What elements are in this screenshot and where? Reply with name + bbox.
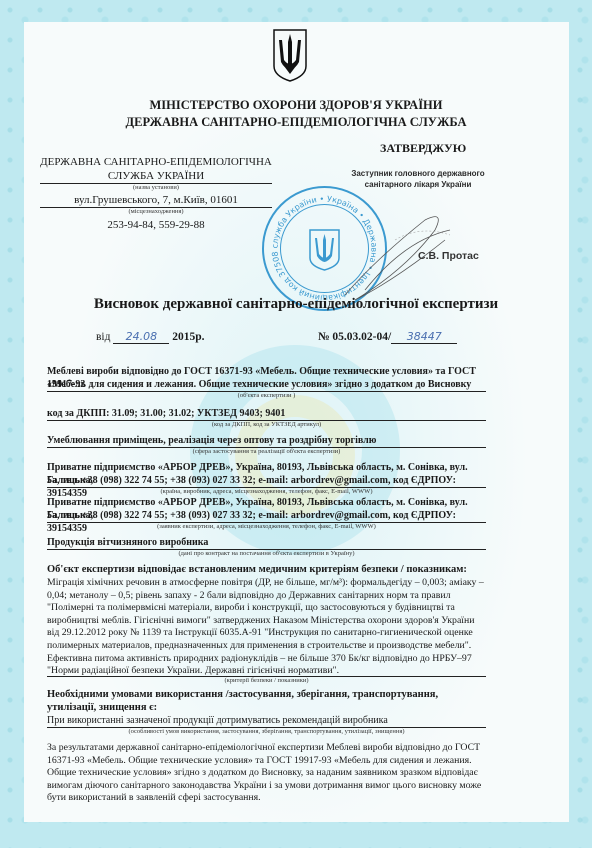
contract-info: Продукція вітчизняного виробника xyxy=(47,536,486,549)
contract-caption: (дані про контракт на постачання об'єкта… xyxy=(47,550,486,557)
usage-conditions-heading: Необхідними умовами використання /застос… xyxy=(47,688,486,714)
approver-position: Заступник головного державного санітарно… xyxy=(338,168,498,190)
product-codes-caption: (код за ДКПП, код за УКТЗЕД артикул) xyxy=(47,421,486,428)
expertise-object-line2: «Мебель для сидения и лежания. Общие тех… xyxy=(47,378,486,391)
ministry-name: МІНІСТЕРСТВО ОХОРОНИ ЗДОРОВ'Я УКРАЇНИ xyxy=(0,97,592,114)
manufacturer-caption: (країна, виробник, адреса, місцезнаходже… xyxy=(47,488,486,495)
usage-conditions-caption: (особливості умов використання, застосув… xyxy=(47,728,486,735)
number-handwritten: 38447 xyxy=(391,330,457,344)
approval-label: ЗАТВЕРДЖУЮ xyxy=(380,141,466,156)
usage-conditions-text: При використанні зазначеної продукції до… xyxy=(47,714,486,727)
document-date: від 24.08 2015р. xyxy=(96,330,205,344)
service-name: ДЕРЖАВНА САНІТАРНО-ЕПІДЕМІОЛОГІЧНА СЛУЖБ… xyxy=(0,114,592,131)
application-scope-caption: (сфера застосування та реалізації об'єкт… xyxy=(47,448,486,455)
product-codes: код за ДКПП: 31.09; 31.00; 31.02; УКТЗЕД… xyxy=(47,407,486,420)
application-scope: Умеблювання приміщень, реалізація через … xyxy=(47,434,486,447)
document-title: Висновок державної санітарно-епідеміолог… xyxy=(0,296,592,313)
institution-address-caption: (місцезнаходження) xyxy=(40,208,272,215)
institution-name-line2: СЛУЖБА УКРАЇНИ xyxy=(40,169,272,183)
institution-name-caption: (назва установи) xyxy=(40,184,272,191)
approver-name: С.В. Протас xyxy=(418,250,479,262)
institution-address: вул.Грушевського, 7, м.Київ, 01601 xyxy=(40,193,272,207)
safety-criteria-caption: (критерії безпеки / показники) xyxy=(47,677,486,684)
trident-coat-of-arms-icon xyxy=(272,28,308,83)
number-prefix: № 05.03.02-04/ xyxy=(318,331,391,343)
approver-position-line1: Заступник головного державного xyxy=(338,168,498,179)
conclusion-text: За результатами державної санітарно-епід… xyxy=(47,742,486,805)
date-prefix: від xyxy=(96,331,110,343)
safety-criteria-heading: Об'єкт експертизи відповідає встановлени… xyxy=(47,563,486,576)
institution-name-line1: ДЕРЖАВНА САНІТАРНО-ЕПІДЕМІОЛОГІЧНА xyxy=(40,155,272,169)
document-number: № 05.03.02-04/38447 xyxy=(318,330,457,344)
date-year: 2015р. xyxy=(172,331,204,343)
date-handwritten: 24.08 xyxy=(113,330,169,344)
expertise-object-caption: (об'єкта експертизи ) xyxy=(47,392,486,399)
safety-criteria-text: Міграція хімічних речовин в атмосферне п… xyxy=(47,577,486,678)
applicant-caption: (заявник експертизи, адреса, місцезнаход… xyxy=(47,523,486,530)
institution-phones: 253-94-84, 559-29-88 xyxy=(40,218,272,232)
